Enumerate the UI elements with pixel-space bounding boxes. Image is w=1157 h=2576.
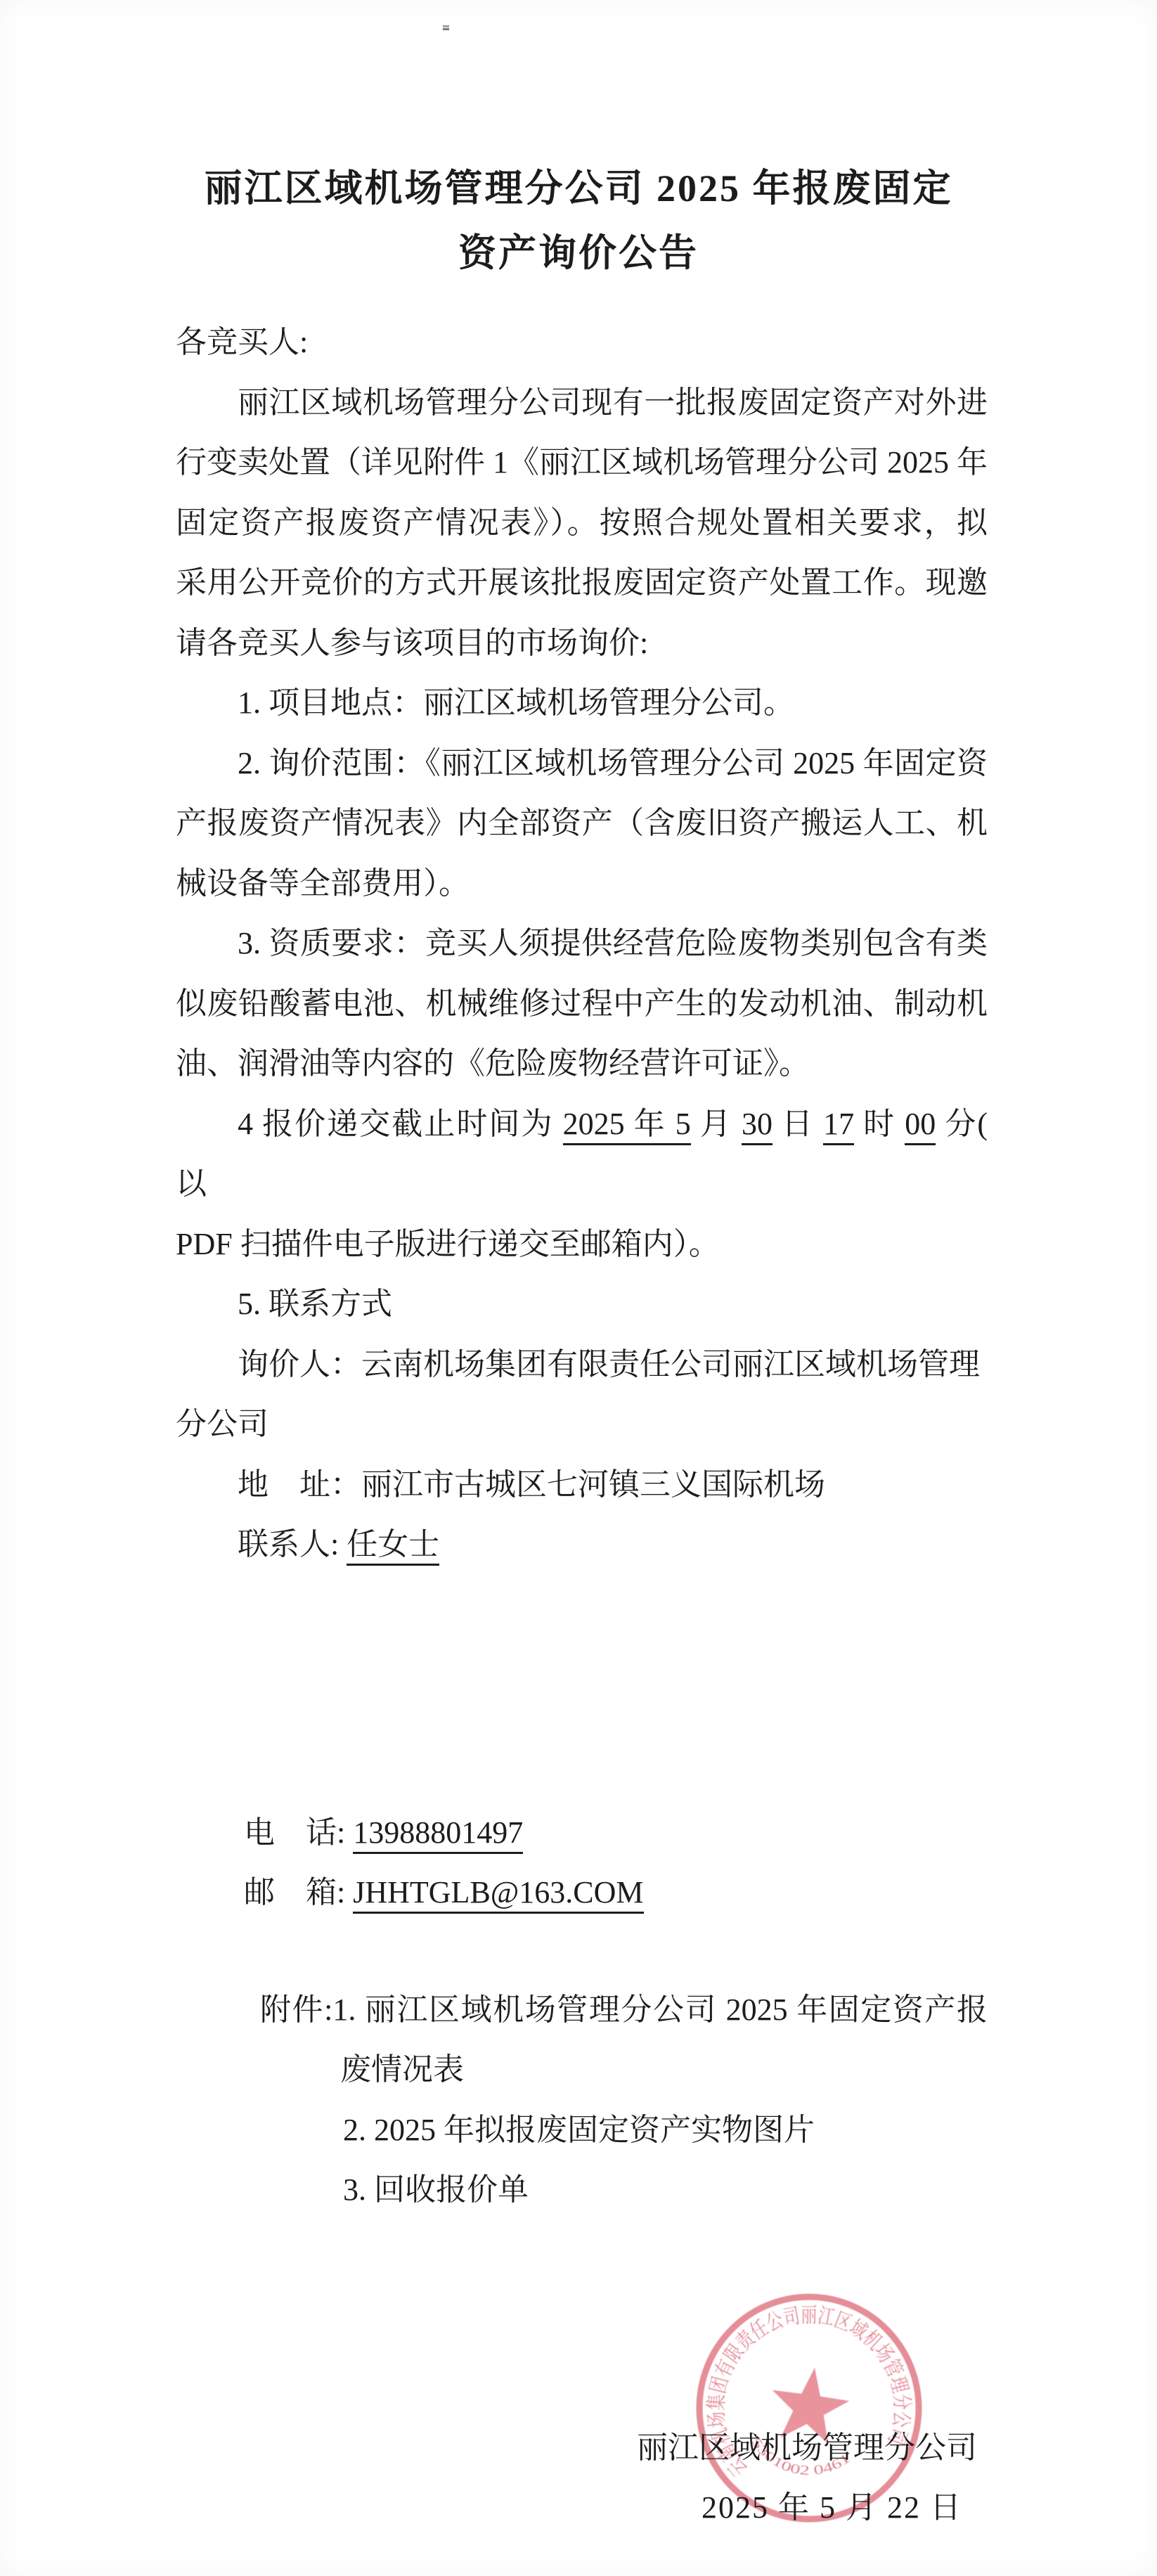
- signature-organization: 丽江区域机场管理分公司: [637, 2418, 977, 2478]
- item-3-qualification-line: 3. 资质要求：竞买人须提供经营危险废物类别包含有类: [176, 913, 988, 974]
- contact-person-label: 联系人:: [238, 1527, 347, 1561]
- item-4-deadline-line: PDF 扫描件电子版进行递交至邮箱内）。: [176, 1214, 988, 1275]
- item-5-contact-heading: 5. 联系方式: [176, 1274, 988, 1334]
- item-3-qualification-line: 油、润滑油等内容的《危险废物经营许可证》。: [176, 1033, 988, 1094]
- item-2-inquiry-scope-line: 2. 询价范围：《丽江区域机场管理分公司 2025 年固定资: [176, 733, 988, 794]
- phone-number: 13988801497: [353, 1815, 523, 1854]
- document-title: 丽江区域机场管理分公司 2025 年报废固定 资产询价公告: [0, 156, 1157, 285]
- paragraph-1-line: 行变卖处置（详见附件 1《丽江区域机场管理分公司 2025 年: [176, 432, 988, 493]
- email-label: 邮 箱:: [244, 1875, 353, 1910]
- item-3-qualification-line: 似废铅酸蓄电池、机械维修过程中产生的发动机油、制动机: [176, 974, 988, 1034]
- deadline-date-underlined: 2025 年 5: [563, 1107, 691, 1145]
- phone-line: 电 话: 13988801497: [244, 1803, 988, 1863]
- inquirer-line: 询价人：云南机场集团有限责任公司丽江区域机场管理: [176, 1334, 988, 1395]
- address-line: 地 址：丽江市古城区七河镇三义国际机场: [176, 1455, 988, 1515]
- document-body: 各竞买人: 丽江区域机场管理分公司现有一批报废固定资产对外进 行变卖处置（详见附…: [176, 312, 988, 2220]
- item-2-inquiry-scope-line: 产报废资产情况表》内全部资产（含废旧资产搬运人工、机: [176, 793, 988, 854]
- scanned-document-page: 丽江区域机场管理分公司 2025 年报废固定 资产询价公告 各竞买人: 丽江区域…: [0, 0, 1157, 2576]
- deadline-text: 4 报价递交截止时间为: [238, 1107, 563, 1141]
- item-1-project-location: 1. 项目地点：丽江区域机场管理分公司。: [176, 673, 988, 733]
- attachments-heading-line: 附件:1. 丽江区域机场管理分公司 2025 年固定资产报: [260, 1980, 988, 2040]
- email-address: JHHTGLB@163.COM: [353, 1875, 643, 1914]
- item-2-inquiry-scope-line: 械设备等全部费用）。: [176, 854, 988, 914]
- attachments-heading-continuation: 废情况表: [340, 2040, 988, 2100]
- paragraph-1-line: 采用公开竞价的方式开展该批报废固定资产处置工作。现邀: [176, 553, 988, 613]
- deadline-minute-underlined: 00: [905, 1107, 936, 1145]
- attachment-item-3: 3. 回收报价单: [343, 2160, 988, 2220]
- paragraph-1-line: 请各竞买人参与该项目的市场询价:: [176, 613, 988, 674]
- contact-person-line: 联系人: 任女士: [176, 1514, 988, 1575]
- item-4-deadline-line: 4 报价递交截止时间为 2025 年 5 月 30 日 17 时 00 分( 以: [176, 1094, 988, 1214]
- phone-label: 电 话:: [244, 1815, 353, 1850]
- inquirer-line: 分公司: [176, 1394, 988, 1455]
- title-line-1: 丽江区域机场管理分公司 2025 年报废固定: [0, 156, 1157, 221]
- paragraph-1-line: 丽江区域机场管理分公司现有一批报废固定资产对外进: [176, 373, 988, 433]
- signature-date: 2025 年 5 月 22 日: [702, 2478, 962, 2538]
- paragraph-1-line: 固定资产报废资产情况表》）。按照合规处置相关要求，拟: [176, 493, 988, 553]
- attachment-item-2: 2. 2025 年拟报废固定资产实物图片: [343, 2100, 988, 2160]
- address-label: 地 址：: [238, 1467, 361, 1502]
- email-line: 邮 箱: JHHTGLB@163.COM: [244, 1862, 988, 1923]
- deadline-hour-underlined: 17: [823, 1107, 854, 1145]
- deadline-day-underlined: 30: [742, 1107, 773, 1145]
- scan-artifact: [443, 25, 449, 30]
- contact-person-name: 任女士: [347, 1527, 439, 1566]
- salutation: 各竞买人:: [176, 312, 988, 373]
- title-line-2: 资产询价公告: [0, 221, 1157, 285]
- address-value: 丽江市古城区七河镇三义国际机场: [361, 1467, 825, 1502]
